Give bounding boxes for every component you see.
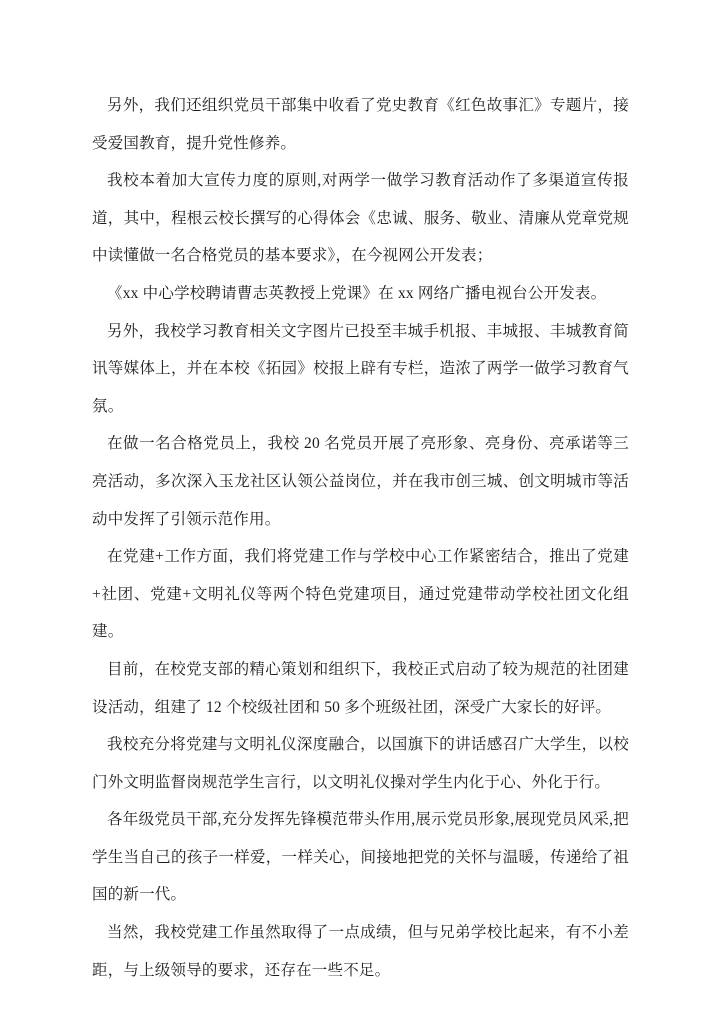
paragraph-1: 另外，我们还组织党员干部集中收看了党史教育《红色故事汇》专题片，接受爱国教育，提… — [92, 87, 629, 162]
document-page: 另外，我们还组织党员干部集中收看了党史教育《红色故事汇》专题片，接受爱国教育，提… — [0, 0, 721, 1020]
paragraph-4: 另外，我校学习教育相关文字图片已投至丰城手机报、丰城报、丰城教育简讯等媒体上，并… — [92, 313, 629, 426]
paragraph-8: 我校充分将党建与文明礼仪深度融合，以国旗下的讲话感召广大学生，以校门外文明监督岗… — [92, 726, 629, 801]
paragraph-7: 目前，在校党支部的精心策划和组织下，我校正式启动了较为规范的社团建设活动，组建了… — [92, 651, 629, 726]
paragraph-9: 各年级党员干部,充分发挥先锋模范带头作用,展示党员形象,展现党员风采,把学生当自… — [92, 801, 629, 914]
paragraph-6: 在党建+工作方面，我们将党建工作与学校中心工作紧密结合，推出了党建+社团、党建+… — [92, 538, 629, 651]
paragraph-5: 在做一名合格党员上，我校 20 名党员开展了亮形象、亮身份、亮承诺等三亮活动，多… — [92, 425, 629, 538]
paragraph-10: 当然，我校党建工作虽然取得了一点成绩，但与兄弟学校比起来，有不小差距，与上级领导… — [92, 914, 629, 989]
paragraph-2: 我校本着加大宣传力度的原则,对两学一做学习教育活动作了多渠道宣传报道，其中，程根… — [92, 162, 629, 275]
paragraph-3: 《xx 中心学校聘请曹志英教授上党课》在 xx 网络广播电视台公开发表。 — [92, 275, 629, 313]
